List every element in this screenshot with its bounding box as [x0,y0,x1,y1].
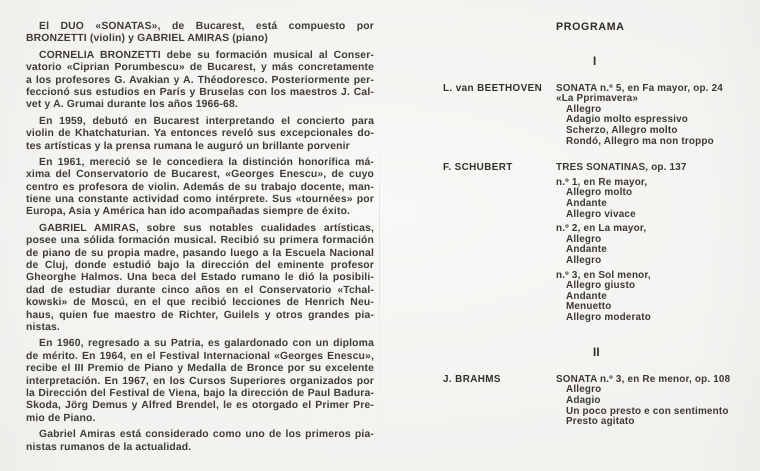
paragraph: En 1959, debutó en Bucarest interpretand… [26,116,374,153]
program-entry: J. BRAHMSSONATA n.º 3, en Re menor, op. … [443,375,753,428]
text-line: centro es profesora de violin. Además de… [26,182,374,194]
movement-line: Rondó, Allegro ma non troppo [556,137,753,148]
paragraph: Gabriel Amiras está considerado como uno… [26,429,374,454]
text-line: a los profesores G. Avakian y A. Théodor… [26,75,374,87]
text-line: En 1959, debutó en Bucarest interpretand… [26,116,374,128]
text-line: Europa, Asia y América han ido acompañad… [26,206,374,218]
text-line: vet y A. Grumai durante los años 1966-68… [26,99,374,111]
movement-line: Allegro [556,256,753,267]
text-line: haus, quien fue maestro de Richter, Guil… [26,310,374,322]
text-line: de piano de su propia madre, pasando lue… [26,248,374,260]
paragraph: El DUO «SONATAS», de Bucarest, está comp… [26,21,374,46]
work-lines: TRES SONATINAS, op. 137n.º 1, en Re mayo… [556,163,753,323]
work-lines: SONATA n.º 5, en Fa mayor, op. 24«La Ppr… [556,84,753,148]
left-page: El DUO «SONATAS», de Bucarest, está comp… [26,21,374,458]
work-title-line: TRES SONATINAS, op. 137 [556,163,753,174]
text-line: vatorio «Ciprian Porumbescu» de Bucarest… [26,62,374,74]
right-page: PROGRAMA IL. van BEETHOVENSONATA n.º 5, … [443,22,753,428]
program-entry: F. SCHUBERTTRES SONATINAS, op. 137n.º 1,… [443,163,753,323]
program-entry: L. van BEETHOVENSONATA n.º 5, en Fa mayo… [443,84,753,148]
text-line: mio de Piano. [26,413,374,425]
text-line: nistas rumanos de la actualidad. [26,442,374,454]
page-fold [379,140,380,450]
program-sections: IL. van BEETHOVENSONATA n.º 5, en Fa may… [443,57,753,427]
text-line: CORNELIA BRONZETTI debe su formación mus… [26,50,374,62]
program-title: PROGRAMA [556,22,753,32]
text-line: En 1960, regresado a su Patria, es galar… [26,338,374,350]
movement-line: Presto agitato [556,417,753,428]
text-line: Skoda, Jörg Demus y Alfred Brendel, le e… [26,400,374,412]
paragraph: En 1960, regresado a su Patria, es galar… [26,338,374,425]
paragraph: GABRIEL AMIRAS, sobre sus notables cuali… [26,223,374,335]
text-line: de mérito. En 1964, en el Festival Inter… [26,351,374,363]
text-line: posee una sólida formación musical. Reci… [26,235,374,247]
text-line: recibe el III Premio de Piano y Medalla … [26,363,374,375]
text-line: feccionó sus estudios en París y Brusela… [26,87,374,99]
left-page-text: El DUO «SONATAS», de Bucarest, está comp… [26,21,374,454]
concert-program-scan: El DUO «SONATAS», de Bucarest, está comp… [0,0,760,471]
composer-name: J. BRAHMS [443,375,556,428]
text-line: GABRIEL AMIRAS, sobre sus notables cuali… [26,223,374,235]
movement-line: Andante [556,199,753,210]
text-line: Gheorghe Halmos. Una beca del Estado rum… [26,272,374,284]
paragraph: CORNELIA BRONZETTI debe su formación mus… [26,50,374,112]
movement-line: Allegro moderato [556,313,753,324]
text-line: tiene una constante actividad como intér… [26,194,374,206]
text-line: la Dirección del Festival de Viena, bajo… [26,388,374,400]
text-line: de Cluj, donde estudió bajo la dirección… [26,260,374,272]
text-line: nistas. [26,322,374,334]
section-numeral: I [593,57,753,67]
work-lines: SONATA n.º 3, en Re menor, op. 108Allegr… [556,375,753,428]
text-line: BRONZETTI (violin) y GABRIEL AMIRAS (pia… [26,33,374,45]
movement-line: Allegro vivace [556,210,753,221]
text-line: Gabriel Amiras está considerado como uno… [26,429,374,441]
movement-line: Scherzo, Allegro molto [556,126,753,137]
composer-name: F. SCHUBERT [443,163,556,323]
text-line: tes artísticas y la prensa rumana le aug… [26,141,374,153]
composer-name: L. van BEETHOVEN [443,84,556,148]
movement-line: Adagio [556,396,753,407]
text-line: xima del Conservatorio de Bucarest, «Geo… [26,169,374,181]
text-line: violin de Khatchaturian. Ya entonces rev… [26,128,374,140]
section-numeral: II [593,348,753,358]
text-line: kowski» de Moscú, en el que recibió lecc… [26,297,374,309]
text-line: En 1961, mereció se le concediera la dis… [26,157,374,169]
text-line: interpretación. En 1967, en los Cursos S… [26,376,374,388]
text-line: dad de estudiar durante cinco años en el… [26,285,374,297]
paragraph: En 1961, mereció se le concediera la dis… [26,157,374,219]
text-line: El DUO «SONATAS», de Bucarest, está comp… [26,21,374,33]
